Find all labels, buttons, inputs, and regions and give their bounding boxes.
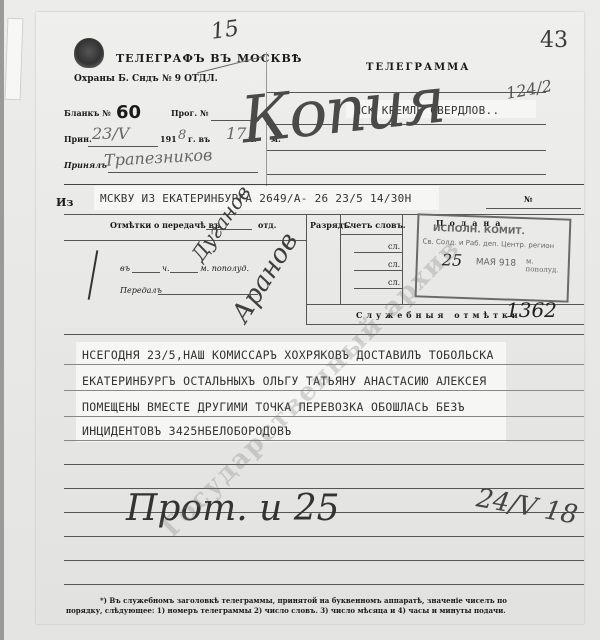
prog-label: Прог. № bbox=[171, 108, 209, 118]
stamp-date-month: МАЯ 918 bbox=[476, 257, 517, 268]
year-label: 191 bbox=[160, 134, 177, 144]
telegram-form: ТЕЛЕГРАФЪ ВЪ МОСКВѢ Охраны Б. Сндъ № 9 О… bbox=[36, 12, 584, 624]
double-headed-eagle-icon bbox=[74, 38, 104, 68]
ruled-line-1 bbox=[64, 464, 584, 465]
signature-handwritten-2: Аранов bbox=[226, 227, 304, 327]
message-rule-4 bbox=[64, 440, 584, 441]
footnote-line-1: *) Въ служебномъ заголовкѣ телеграммы, п… bbox=[66, 596, 576, 606]
ruled-line-6 bbox=[64, 584, 584, 585]
prin-date-line bbox=[88, 146, 158, 147]
routing-top-rule bbox=[64, 184, 584, 185]
number-line bbox=[486, 208, 581, 209]
pencil-mark-top: 15 bbox=[209, 16, 240, 45]
blank-label: Бланкъ № bbox=[64, 108, 111, 118]
telegraph-office-title: ТЕЛЕГРАФЪ ВЪ МОСКВѢ bbox=[116, 52, 302, 65]
counts-header-rule bbox=[340, 234, 402, 235]
sender-label: Передалъ bbox=[120, 286, 162, 295]
number-label: № bbox=[524, 194, 533, 204]
prinyal-label: Принялъ bbox=[64, 160, 107, 170]
entry-number-handwritten: 1362 bbox=[506, 298, 557, 322]
year-suffix: г. въ bbox=[188, 134, 210, 144]
office-subtitle: Охраны Б. Сндъ № 9 ОТДЛ. bbox=[74, 74, 218, 84]
transmission-top-rule bbox=[64, 214, 584, 215]
copy-handwritten-overlay: Копия bbox=[238, 64, 447, 159]
transmission-dept-label: отд. bbox=[258, 220, 276, 230]
transmission-minute-label: м. пополуд. bbox=[200, 264, 249, 273]
counts-divider-1 bbox=[306, 214, 307, 324]
archive-page-number: 43 bbox=[540, 28, 568, 53]
from-label: Из bbox=[56, 196, 73, 209]
count-row-line-1 bbox=[354, 252, 402, 253]
count-row-label-1: сл. bbox=[388, 242, 400, 251]
message-rule-3 bbox=[64, 416, 584, 417]
pencil-mark-right: 124/2 bbox=[505, 76, 554, 103]
count-row-line-2 bbox=[354, 270, 402, 271]
binding-edge bbox=[0, 0, 4, 640]
transmission-hour-label: ч. bbox=[162, 264, 170, 273]
ruled-line-4 bbox=[64, 536, 584, 537]
stamp-suffix: м. пополуд. bbox=[525, 257, 568, 274]
message-line-1: НСЕГОДНЯ 23/5,НАШ КОМИССАРЪ ХОХРЯКОВЪ ДО… bbox=[82, 348, 494, 362]
count-row-label-2: сл. bbox=[388, 260, 400, 269]
year-handwritten: 8 bbox=[178, 128, 186, 143]
prin-date-handwritten: 23/V bbox=[92, 124, 129, 143]
words-count-label: Счетъ словъ. bbox=[344, 220, 406, 230]
prin-label: Прин. bbox=[64, 134, 92, 144]
prinyal-handwritten: Трапезников bbox=[104, 145, 213, 170]
handwritten-side-note: 24/V 18 bbox=[474, 483, 580, 530]
minute-field-line bbox=[170, 272, 198, 273]
service-bottom-rule bbox=[306, 324, 584, 325]
footnote-line-2: порядку, слѣдующее: 1) номеръ телеграммы… bbox=[66, 606, 576, 616]
prinyal-line bbox=[108, 172, 258, 173]
blank-number: 60 bbox=[116, 102, 141, 123]
hour-field-line bbox=[132, 272, 160, 273]
ruled-line-5 bbox=[64, 560, 584, 561]
archive-tab bbox=[5, 18, 24, 101]
footnote: *) Въ служебномъ заголовкѣ телеграммы, п… bbox=[66, 596, 576, 616]
pen-stroke bbox=[88, 250, 99, 300]
message-line-2: ЕКАТЕРИНБУРГЪ ОСТАЛЬНЫХЪ ОЛЬГУ ТАТЬЯНУ А… bbox=[82, 374, 487, 388]
document-background: ТЕЛЕГРАФЪ ВЪ МОСКВѢ Охраны Б. Сндъ № 9 О… bbox=[0, 0, 600, 640]
message-rule-0 bbox=[64, 334, 584, 335]
address-line-4 bbox=[266, 174, 546, 175]
transmission-time-prefix: въ bbox=[120, 264, 130, 273]
